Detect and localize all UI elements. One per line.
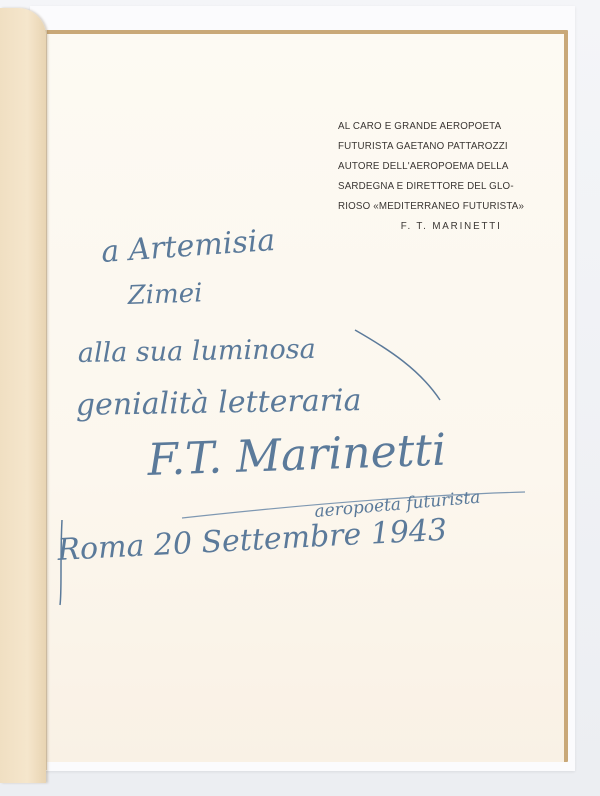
inscription-line: a Artemisia xyxy=(100,223,276,270)
handwritten-inscription: a Artemisia Zimei alla sua luminosa geni… xyxy=(0,0,600,796)
place-date: Roma 20 Settembre 1943 xyxy=(56,513,448,568)
inscription-line: Zimei xyxy=(126,278,203,311)
inscription-line: genialità letteraria xyxy=(76,383,362,423)
inscription-line: alla sua luminosa xyxy=(78,334,316,369)
ink-stroke xyxy=(355,330,440,400)
handwritten-signature: F.T. Marinetti xyxy=(146,425,447,486)
